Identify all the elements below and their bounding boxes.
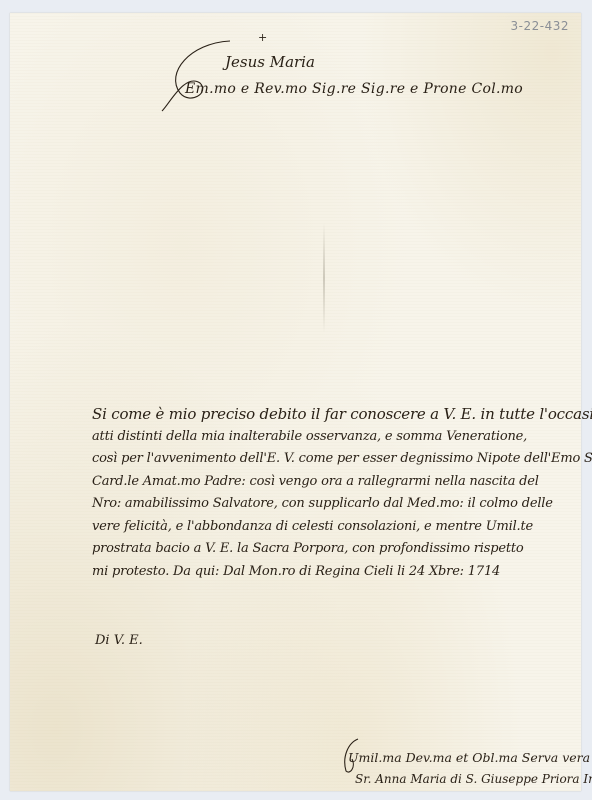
signature-line-1: Umil.ma Dev.ma et Obl.ma Serva vera bbox=[348, 750, 590, 765]
paper-crease bbox=[323, 223, 325, 333]
body-line: vere felicità, e l'abbondanza di celesti… bbox=[92, 516, 592, 539]
body-line: prostrata bacio a V. E. la Sacra Porpora… bbox=[92, 538, 592, 561]
cross-mark: + bbox=[258, 31, 267, 44]
body-line: atti distinti della mia inalterabile oss… bbox=[92, 426, 592, 449]
body-line: così per l'avvenimento dell'E. V. come p… bbox=[92, 448, 592, 471]
body-line: Card.le Amat.mo Padre: così vengo ora a … bbox=[92, 471, 592, 494]
manuscript-page: 3-22-432 + Jesus Maria Em.mo e Rev.mo Si… bbox=[10, 13, 581, 791]
salutation: Em.mo e Rev.mo Sig.re Sig.re e Prone Col… bbox=[185, 81, 523, 97]
body-line: Nro: amabilissimo Salvatore, con supplic… bbox=[92, 493, 592, 516]
archive-number: 3-22-432 bbox=[511, 19, 569, 33]
closing-formula: Di V. E. bbox=[95, 633, 143, 648]
invocation: Jesus Maria bbox=[225, 53, 315, 71]
signature-line-2: Sr. Anna Maria di S. Giuseppe Priora Ind… bbox=[355, 772, 592, 786]
body-line: Si come è mio preciso debito il far cono… bbox=[92, 403, 592, 426]
salutation-flourish bbox=[160, 33, 280, 113]
body-line: mi protesto. Da qui: Dal Mon.ro di Regin… bbox=[92, 561, 592, 584]
letter-body: Si come è mio preciso debito il far cono… bbox=[92, 403, 592, 583]
